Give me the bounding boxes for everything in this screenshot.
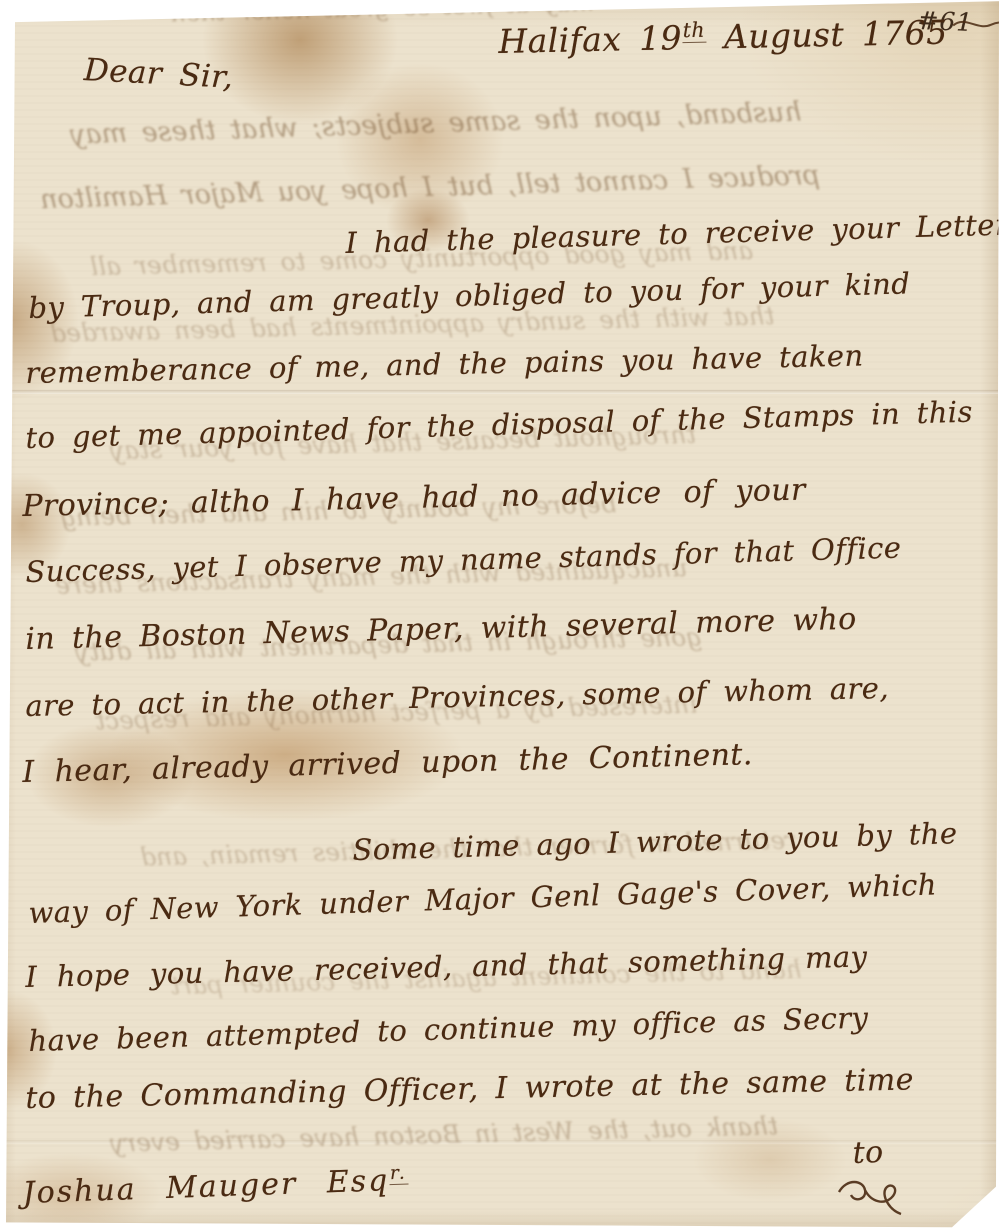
bleedthrough-line: husband, upon the same subjects; what th… bbox=[70, 97, 802, 151]
manuscript-line: have been attempted to continue my offic… bbox=[28, 1001, 869, 1058]
manuscript-line: way of New York under Major Genl Gage's … bbox=[28, 867, 937, 930]
manuscript-line: to the Commanding Officer, I wrote at th… bbox=[25, 1062, 914, 1116]
bleedthrough-line: thank out, the West in Boston have carri… bbox=[110, 1111, 779, 1157]
dateline-month-year: August 1765 bbox=[706, 13, 948, 57]
manuscript-line: I hear, already arrived upon the Contine… bbox=[22, 737, 753, 790]
letter-page: may at first so great honor then husband… bbox=[0, 0, 1000, 1231]
addressee-honorific-superscript: r. bbox=[389, 1163, 409, 1186]
pen-flourish-icon bbox=[951, 10, 1000, 37]
catchword: to bbox=[852, 1135, 884, 1171]
fold-crease bbox=[0, 1140, 1000, 1144]
letter-scan: may at first so great honor then husband… bbox=[0, 0, 1000, 1231]
manuscript-line: rememberance of me, and the pains you ha… bbox=[25, 338, 864, 390]
manuscript-line: Some time ago I wrote to you by the bbox=[352, 816, 958, 867]
dateline: Halifax 19th August 1765 bbox=[498, 11, 1000, 61]
manuscript-line: Province; altho I have had no advice of … bbox=[22, 473, 806, 524]
manuscript-line: Success, yet I observe my name stands fo… bbox=[25, 531, 902, 589]
bleedthrough-line: produce I cannot tell, but I hope you Ma… bbox=[40, 160, 821, 215]
manuscript-line: by Troup, and am greatly obliged to you … bbox=[28, 266, 911, 325]
address-line: Joshua Mauger Esqr. bbox=[22, 1163, 409, 1211]
addressee-name: Joshua Mauger Esq bbox=[22, 1163, 390, 1211]
manuscript-line: I hope you have received, and that somet… bbox=[25, 939, 868, 994]
fold-crease bbox=[0, 390, 1000, 394]
salutation: Dear Sir, bbox=[83, 52, 234, 96]
manuscript-line: are to act in the other Provinces, some … bbox=[25, 671, 889, 723]
pen-flourish-icon bbox=[833, 1172, 905, 1220]
dateline-ordinal: th bbox=[682, 18, 707, 44]
dateline-place-day: Halifax 19 bbox=[498, 18, 682, 61]
manuscript-line: in the Boston News Paper, with several m… bbox=[25, 602, 857, 657]
manuscript-line: I had the pleasure to receive your Lette… bbox=[345, 207, 1000, 260]
manuscript-line: to get me appointed for the disposal of … bbox=[25, 395, 973, 455]
